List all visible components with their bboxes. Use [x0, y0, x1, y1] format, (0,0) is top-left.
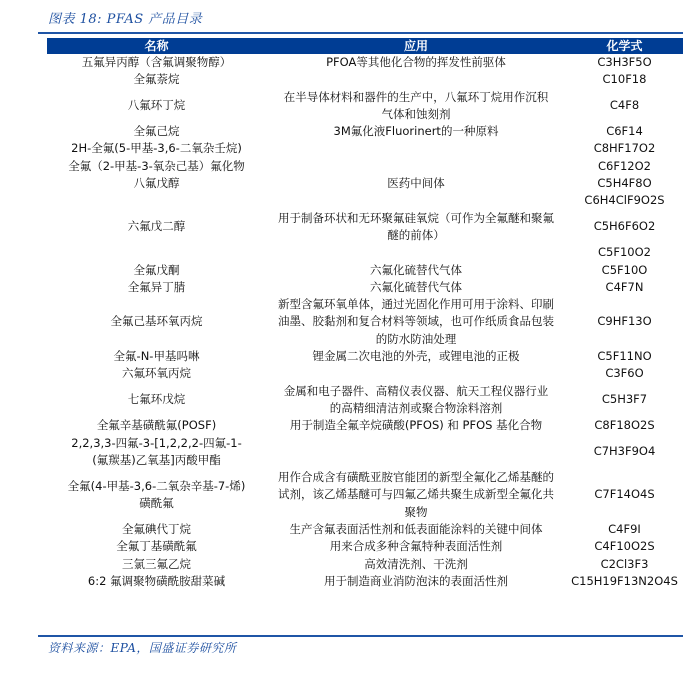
chemical-formula: C7H3F9O4 — [566, 443, 683, 460]
product-name: 全氟（2-甲基-3-氧杂己基）氟化物 — [47, 158, 266, 175]
product-name-cell: 五氟异丙醇（含氟调聚物醇） — [47, 54, 266, 71]
product-name-cell: 全氟丁基磺酰氟 — [47, 538, 266, 555]
product-name-cell: 六氟戊二醇 — [47, 218, 266, 235]
chemical-formula-cell: C3F6O — [566, 365, 683, 382]
chemical-formula: C8F18O2S — [566, 417, 683, 434]
table-row: 六氟戊二醇用于制备环状和无环聚氟硅氧烷（可作为全氟醚和聚氟醚的前体）C5H6F6… — [47, 210, 683, 245]
chemical-formula-cell: C4F7N — [566, 279, 683, 296]
chemical-formula: C5F10O2 — [566, 244, 683, 261]
table-row: 全氟丁基磺酰氟用来合成多种含氟特种表面活性剂C4F10O2S — [47, 538, 683, 555]
chemical-formula: C5H6F6O2 — [566, 218, 683, 235]
application: 金属和电子器件、高精仪表仪器、航天工程仪器行业的高精细清洁剂或聚合物涂料溶剂 — [281, 383, 551, 418]
product-name-cell: 2H-全氟(5-甲基-3,6-二氧杂壬烷) — [47, 140, 266, 157]
application: PFOA等其他化合物的挥发性前驱体 — [266, 54, 566, 71]
header-formula: 化学式 — [566, 38, 683, 54]
chemical-formula-cell: C9HF13O — [566, 313, 683, 330]
chemical-formula: C4F10O2S — [566, 538, 683, 555]
product-name-cell: 6:2 氟调聚物磺酰胺甜菜碱 — [47, 573, 266, 590]
application-cell: 医药中间体 — [266, 175, 566, 192]
application: 医药中间体 — [266, 175, 566, 192]
application-cell: 新型含氟环氧单体，通过光固化作用可用于涂料、印刷油墨、胶黏剂和复合材料等领域，也… — [266, 296, 566, 348]
table-row: 全氟（2-甲基-3-氧杂己基）氟化物C6F12O2 — [47, 158, 683, 175]
application-cell: 锂金属二次电池的外壳，或锂电池的正极 — [266, 348, 566, 365]
application: 用来合成多种含氟特种表面活性剂 — [266, 538, 566, 555]
chemical-formula: C3F6O — [566, 365, 683, 382]
product-name-cell: 全氟辛基磺酰氟(POSF) — [47, 417, 266, 434]
chemical-formula-cell: C5H4F8O — [566, 175, 683, 192]
table-row: 三氯三氟乙烷高效清洗剂、干洗剂C2Cl3F3 — [47, 556, 683, 573]
product-name: 全氟异丁腈 — [47, 279, 266, 296]
table-row: 八氟环丁烷在半导体材料和器件的生产中，八氟环丁烷用作沉积气体和蚀刻剂C4F8 — [47, 89, 683, 124]
chemical-formula: C4F9I — [566, 521, 683, 538]
chemical-formula-cell: C8HF17O2 — [566, 140, 683, 157]
application-cell: 用来合成多种含氟特种表面活性剂 — [266, 538, 566, 555]
product-name-cell: 六氟环氧丙烷 — [47, 365, 266, 382]
product-name: 八氟环丁烷 — [47, 97, 266, 114]
chemical-formula: C7F14O4S — [566, 486, 683, 503]
chemical-formula: C4F7N — [566, 279, 683, 296]
table-row: 全氟(4-甲基-3,6-二氧杂辛基-7-烯)磺酰氟用作合成含有磺酰亚胺官能团的新… — [47, 469, 683, 521]
application: 在半导体材料和器件的生产中，八氟环丁烷用作沉积气体和蚀刻剂 — [281, 89, 551, 124]
chemical-formula: C9HF13O — [566, 313, 683, 330]
application-cell: 高效清洗剂、干洗剂 — [266, 556, 566, 573]
product-name: 三氯三氟乙烷 — [47, 556, 266, 573]
application: 新型含氟环氧单体，通过光固化作用可用于涂料、印刷油墨、胶黏剂和复合材料等领域，也… — [278, 296, 554, 348]
product-name: 七氟环戊烷 — [47, 391, 266, 408]
application: 用作合成含有磺酰亚胺官能团的新型全氟化乙烯基醚的试剂，该乙烯基醚可与四氟乙烯共聚… — [278, 469, 554, 521]
application-cell: 六氟化硫替代气体 — [266, 262, 566, 279]
product-name-cell: 全氟-N-甲基吗啉 — [47, 348, 266, 365]
application: 用于制备环状和无环聚氟硅氧烷（可作为全氟醚和聚氟醚的前体） — [277, 210, 555, 245]
application: 锂金属二次电池的外壳，或锂电池的正极 — [266, 348, 566, 365]
chemical-formula-cell: C4F10O2S — [566, 538, 683, 555]
product-name-cell: 2,2,3,3-四氟-3-[1,2,2,2-四氟-1-(氟羰基)乙氧基]丙酸甲酯 — [47, 435, 266, 470]
chemical-formula: C15H19F13N2O4S — [566, 573, 683, 590]
header-name: 名称 — [47, 38, 266, 54]
table-row: 全氟碘代丁烷生产含氟表面活性剂和低表面能涂料的关键中间体C4F9I — [47, 521, 683, 538]
product-name-cell: 七氟环戊烷 — [47, 391, 266, 408]
product-name: 全氟戊酮 — [47, 262, 266, 279]
product-name: 2H-全氟(5-甲基-3,6-二氧杂壬烷) — [47, 140, 266, 157]
table-row: C6H4ClF9O2S — [47, 192, 683, 209]
product-name: 六氟环氧丙烷 — [47, 365, 266, 382]
table-row: 七氟环戊烷金属和电子器件、高精仪表仪器、航天工程仪器行业的高精细清洁剂或聚合物涂… — [47, 383, 683, 418]
chemical-formula-cell: C6F12O2 — [566, 158, 683, 175]
chemical-formula: C5H4F8O — [566, 175, 683, 192]
chemical-formula: C10F18 — [566, 71, 683, 88]
product-name: 六氟戊二醇 — [47, 218, 266, 235]
product-name-cell: 全氟异丁腈 — [47, 279, 266, 296]
chemical-formula-cell: C5F11NO — [566, 348, 683, 365]
table-row: C5F10O2 — [47, 244, 683, 261]
table-row: 全氟-N-甲基吗啉锂金属二次电池的外壳，或锂电池的正极C5F11NO — [47, 348, 683, 365]
chemical-formula: C4F8 — [566, 97, 683, 114]
application: 生产含氟表面活性剂和低表面能涂料的关键中间体 — [266, 521, 566, 538]
chemical-formula: C5F11NO — [566, 348, 683, 365]
top-divider — [38, 32, 683, 34]
product-name: 全氟己基环氧丙烷 — [47, 313, 266, 330]
chemical-formula-cell: C2Cl3F3 — [566, 556, 683, 573]
pfas-product-table: 名称 应用 化学式 五氟异丙醇（含氟调聚物醇）PFOA等其他化合物的挥发性前驱体… — [47, 38, 683, 590]
table-row: 全氟己烷3M氟化液Fluorinert的一种原料C6F14 — [47, 123, 683, 140]
table-row: 2H-全氟(5-甲基-3,6-二氧杂壬烷)C8HF17O2 — [47, 140, 683, 157]
product-name-cell: 全氟萘烷 — [47, 71, 266, 88]
table-row: 全氟萘烷C10F18 — [47, 71, 683, 88]
chemical-formula: C5H3F7 — [566, 391, 683, 408]
application: 3M氟化液Fluorinert的一种原料 — [266, 123, 566, 140]
table-body: 五氟异丙醇（含氟调聚物醇）PFOA等其他化合物的挥发性前驱体C3H3F5O全氟萘… — [47, 54, 683, 590]
application: 六氟化硫替代气体 — [266, 262, 566, 279]
chemical-formula-cell: C5H3F7 — [566, 391, 683, 408]
application-cell: 用于制造商业消防泡沫的表面活性剂 — [266, 573, 566, 590]
product-name: 全氟碘代丁烷 — [47, 521, 266, 538]
table-row: 五氟异丙醇（含氟调聚物醇）PFOA等其他化合物的挥发性前驱体C3H3F5O — [47, 54, 683, 71]
chemical-formula-cell: C7F14O4S — [566, 486, 683, 503]
chemical-formula: C2Cl3F3 — [566, 556, 683, 573]
chemical-formula: C8HF17O2 — [566, 140, 683, 157]
product-name-cell: 全氟碘代丁烷 — [47, 521, 266, 538]
chemical-formula-cell: C15H19F13N2O4S — [566, 573, 683, 590]
source-note: 资料来源：EPA，国盛证券研究所 — [48, 639, 236, 656]
product-name-cell: 全氟戊酮 — [47, 262, 266, 279]
product-name: 全氟萘烷 — [47, 71, 266, 88]
application-cell: 金属和电子器件、高精仪表仪器、航天工程仪器行业的高精细清洁剂或聚合物涂料溶剂 — [266, 383, 566, 418]
application-cell: 在半导体材料和器件的生产中，八氟环丁烷用作沉积气体和蚀刻剂 — [266, 89, 566, 124]
product-name: 八氟戊醇 — [47, 175, 266, 192]
product-name: 6:2 氟调聚物磺酰胺甜菜碱 — [47, 573, 266, 590]
product-name-cell: 全氟己烷 — [47, 123, 266, 140]
table-row: 全氟辛基磺酰氟(POSF)用于制造全氟辛烷磺酸(PFOS) 和 PFOS 基化合… — [47, 417, 683, 434]
table-row: 2,2,3,3-四氟-3-[1,2,2,2-四氟-1-(氟羰基)乙氧基]丙酸甲酯… — [47, 435, 683, 470]
chemical-formula: C6H4ClF9O2S — [566, 192, 683, 209]
chemical-formula-cell: C6F14 — [566, 123, 683, 140]
product-name: 全氟丁基磺酰氟 — [47, 538, 266, 555]
table-row: 八氟戊醇医药中间体C5H4F8O — [47, 175, 683, 192]
chemical-formula-cell: C5H6F6O2 — [566, 218, 683, 235]
application-cell: 生产含氟表面活性剂和低表面能涂料的关键中间体 — [266, 521, 566, 538]
table-row: 6:2 氟调聚物磺酰胺甜菜碱用于制造商业消防泡沫的表面活性剂C15H19F13N… — [47, 573, 683, 590]
chemical-formula: C5F10O — [566, 262, 683, 279]
application-cell: PFOA等其他化合物的挥发性前驱体 — [266, 54, 566, 71]
chemical-formula: C3H3F5O — [566, 54, 683, 71]
application-cell: 用作合成含有磺酰亚胺官能团的新型全氟化乙烯基醚的试剂，该乙烯基醚可与四氟乙烯共聚… — [266, 469, 566, 521]
figure-caption: 图表 18: PFAS 产品目录 — [48, 8, 202, 27]
product-name: 五氟异丙醇（含氟调聚物醇） — [47, 54, 266, 71]
chemical-formula: C6F14 — [566, 123, 683, 140]
product-name: 2,2,3,3-四氟-3-[1,2,2,2-四氟-1-(氟羰基)乙氧基]丙酸甲酯 — [68, 435, 246, 470]
product-name: 全氟-N-甲基吗啉 — [47, 348, 266, 365]
chemical-formula-cell: C8F18O2S — [566, 417, 683, 434]
chemical-formula-cell: C3H3F5O — [566, 54, 683, 71]
product-name-cell: 全氟己基环氧丙烷 — [47, 313, 266, 330]
application: 用于制造商业消防泡沫的表面活性剂 — [266, 573, 566, 590]
application-cell: 用于制造全氟辛烷磺酸(PFOS) 和 PFOS 基化合物 — [266, 417, 566, 434]
product-name: 全氟(4-甲基-3,6-二氧杂辛基-7-烯)磺酰氟 — [68, 478, 246, 513]
table-row: 全氟戊酮六氟化硫替代气体C5F10O — [47, 262, 683, 279]
chemical-formula-cell: C4F9I — [566, 521, 683, 538]
application: 高效清洗剂、干洗剂 — [266, 556, 566, 573]
product-name-cell: 八氟戊醇 — [47, 175, 266, 192]
bottom-divider — [38, 635, 683, 637]
application-cell: 六氟化硫替代气体 — [266, 279, 566, 296]
chemical-formula-cell: C10F18 — [566, 71, 683, 88]
chemical-formula-cell: C7H3F9O4 — [566, 443, 683, 460]
product-name: 全氟辛基磺酰氟(POSF) — [47, 417, 266, 434]
chemical-formula-cell: C5F10O2 — [566, 244, 683, 261]
chemical-formula-cell: C4F8 — [566, 97, 683, 114]
application-cell: 3M氟化液Fluorinert的一种原料 — [266, 123, 566, 140]
chemical-formula-cell: C6H4ClF9O2S — [566, 192, 683, 209]
table-row: 全氟异丁腈六氟化硫替代气体C4F7N — [47, 279, 683, 296]
product-name-cell: 全氟(4-甲基-3,6-二氧杂辛基-7-烯)磺酰氟 — [47, 478, 266, 513]
table-row: 六氟环氧丙烷C3F6O — [47, 365, 683, 382]
application-cell: 用于制备环状和无环聚氟硅氧烷（可作为全氟醚和聚氟醚的前体） — [266, 210, 566, 245]
chemical-formula: C6F12O2 — [566, 158, 683, 175]
product-name: 全氟己烷 — [47, 123, 266, 140]
product-name-cell: 全氟（2-甲基-3-氧杂己基）氟化物 — [47, 158, 266, 175]
table-row: 全氟己基环氧丙烷新型含氟环氧单体，通过光固化作用可用于涂料、印刷油墨、胶黏剂和复… — [47, 296, 683, 348]
application: 用于制造全氟辛烷磺酸(PFOS) 和 PFOS 基化合物 — [266, 417, 566, 434]
chemical-formula-cell: C5F10O — [566, 262, 683, 279]
table-header: 名称 应用 化学式 — [47, 38, 683, 54]
header-use: 应用 — [266, 38, 566, 54]
product-name-cell: 八氟环丁烷 — [47, 97, 266, 114]
product-name-cell: 三氯三氟乙烷 — [47, 556, 266, 573]
application: 六氟化硫替代气体 — [266, 279, 566, 296]
